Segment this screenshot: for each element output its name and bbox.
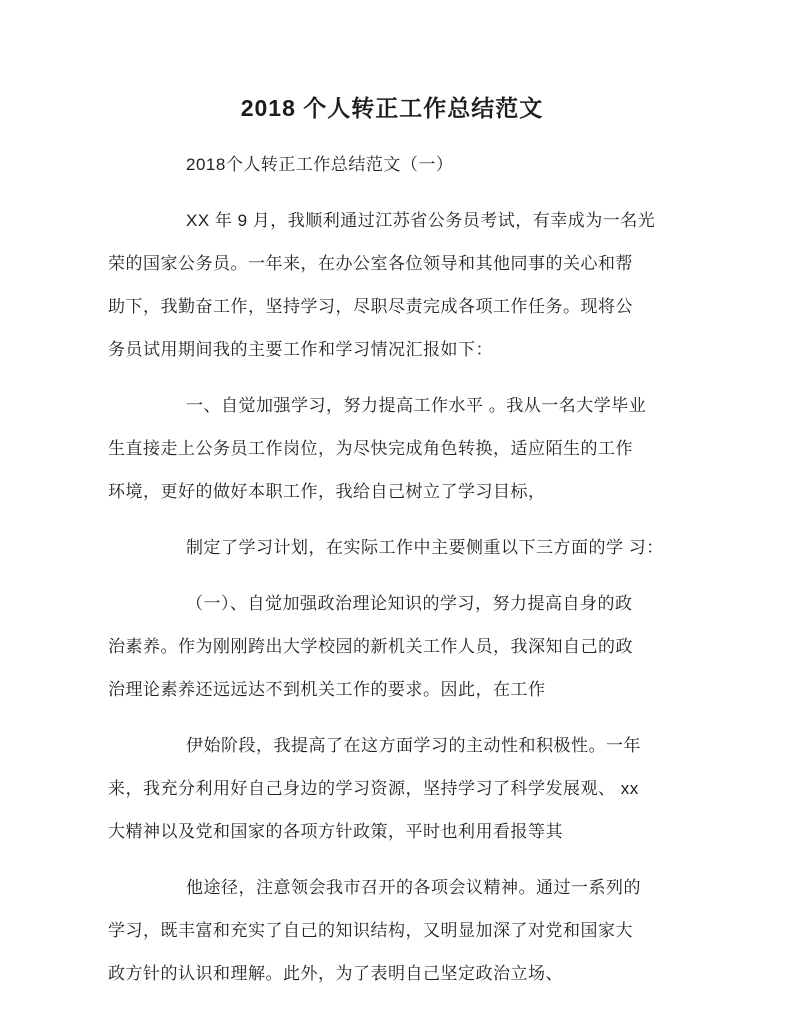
text-line: XX 年 9 月，我顺利通过江苏省公务员考试，有幸成为一名光 — [108, 199, 692, 242]
text-line: 生直接走上公务员工作岗位，为尽快完成角色转换，适应陌生的工作 — [108, 427, 692, 470]
document-page: 2018 个人转正工作总结范文 2018个人转正工作总结范文（一）XX 年 9 … — [0, 0, 800, 1036]
text-line: 2018个人转正工作总结范文（一） — [108, 143, 692, 186]
text-line: （一）、自觉加强政治理论知识的学习，努力提高自身的政 — [108, 582, 692, 625]
text-line: 来，我充分利用好自己身边的学习资源，坚持学习了科学发展观、 xx — [108, 767, 692, 810]
text-line: 助下，我勤奋工作，坚持学习，尽职尽责完成各项工作任务。现将公 — [108, 285, 692, 328]
document-title: 2018 个人转正工作总结范文 — [0, 90, 784, 123]
text-line: 一、自觉加强学习，努力提高工作水平 。我从一名大学毕业 — [108, 384, 692, 427]
text-line: 伊始阶段，我提高了在这方面学习的主动性和积极性。一年 — [108, 724, 692, 767]
text-line: 学习，既丰富和充实了自己的知识结构，又明显加深了对党和国家大 — [108, 909, 692, 952]
text-line: 他途径，注意领会我市召开的各项会议精神。通过一系列的 — [108, 866, 692, 909]
text-line: 荣的国家公务员。一年来，在办公室各位领导和其他同事的关心和帮 — [108, 242, 692, 285]
text-line: 治理论素养还远远达不到机关工作的要求。因此，在工作 — [108, 668, 692, 711]
text-line: 务员试用期间我的主要工作和学习情况汇报如下： — [108, 328, 692, 371]
text-line: 治素养。作为刚刚跨出大学校园的新机关工作人员，我深知自己的政 — [108, 625, 692, 668]
text-line: 制定了学习计划，在实际工作中主要侧重以下三方面的学 习： — [108, 526, 692, 569]
text-line: 环境，更好的做好本职工作，我给自己树立了学习目标， — [108, 470, 692, 513]
text-line: 政方针的认识和理解。此外，为了表明自己坚定政治立场、 — [108, 952, 692, 995]
text-line: 大精神以及党和国家的各项方针政策，平时也利用看报等其 — [108, 810, 692, 853]
document-body: 2018个人转正工作总结范文（一）XX 年 9 月，我顺利通过江苏省公务员考试，… — [108, 143, 692, 995]
